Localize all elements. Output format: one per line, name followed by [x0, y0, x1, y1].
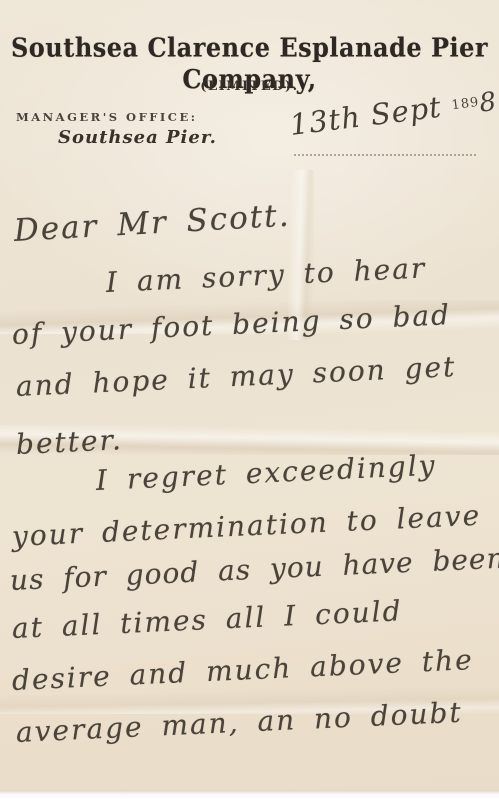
letter-line: at all times all I could: [11, 594, 403, 645]
letter-line: I am sorry to hear: [105, 251, 427, 299]
date-day-month: 13th Sept: [288, 90, 444, 142]
letter-line: desire and much above the: [11, 643, 474, 697]
letter-line: us for good as you have been: [9, 542, 499, 597]
letter-line: of your foot being so bad: [11, 298, 451, 351]
handwritten-year-digit: 8: [478, 87, 499, 119]
office-location: Southsea Pier.: [58, 127, 217, 148]
scan-background-edge: [0, 790, 499, 799]
letter-line: average man, an no doubt: [15, 696, 463, 749]
salutation: Dear Mr Scott.: [13, 198, 291, 249]
date-dotted-rule: [294, 152, 476, 156]
printed-year-prefix: 189: [451, 95, 480, 113]
managers-office-label: MANAGER'S OFFICE:: [16, 110, 197, 124]
letter-line: better.: [15, 423, 123, 461]
letter-line: and hope it may soon get: [15, 350, 457, 403]
date-line: 13th Sept 1898: [292, 100, 484, 164]
letter-line: I regret exceedingly: [95, 449, 437, 497]
letter-paper: Southsea Clarence Esplanade Pier Company…: [0, 0, 499, 791]
